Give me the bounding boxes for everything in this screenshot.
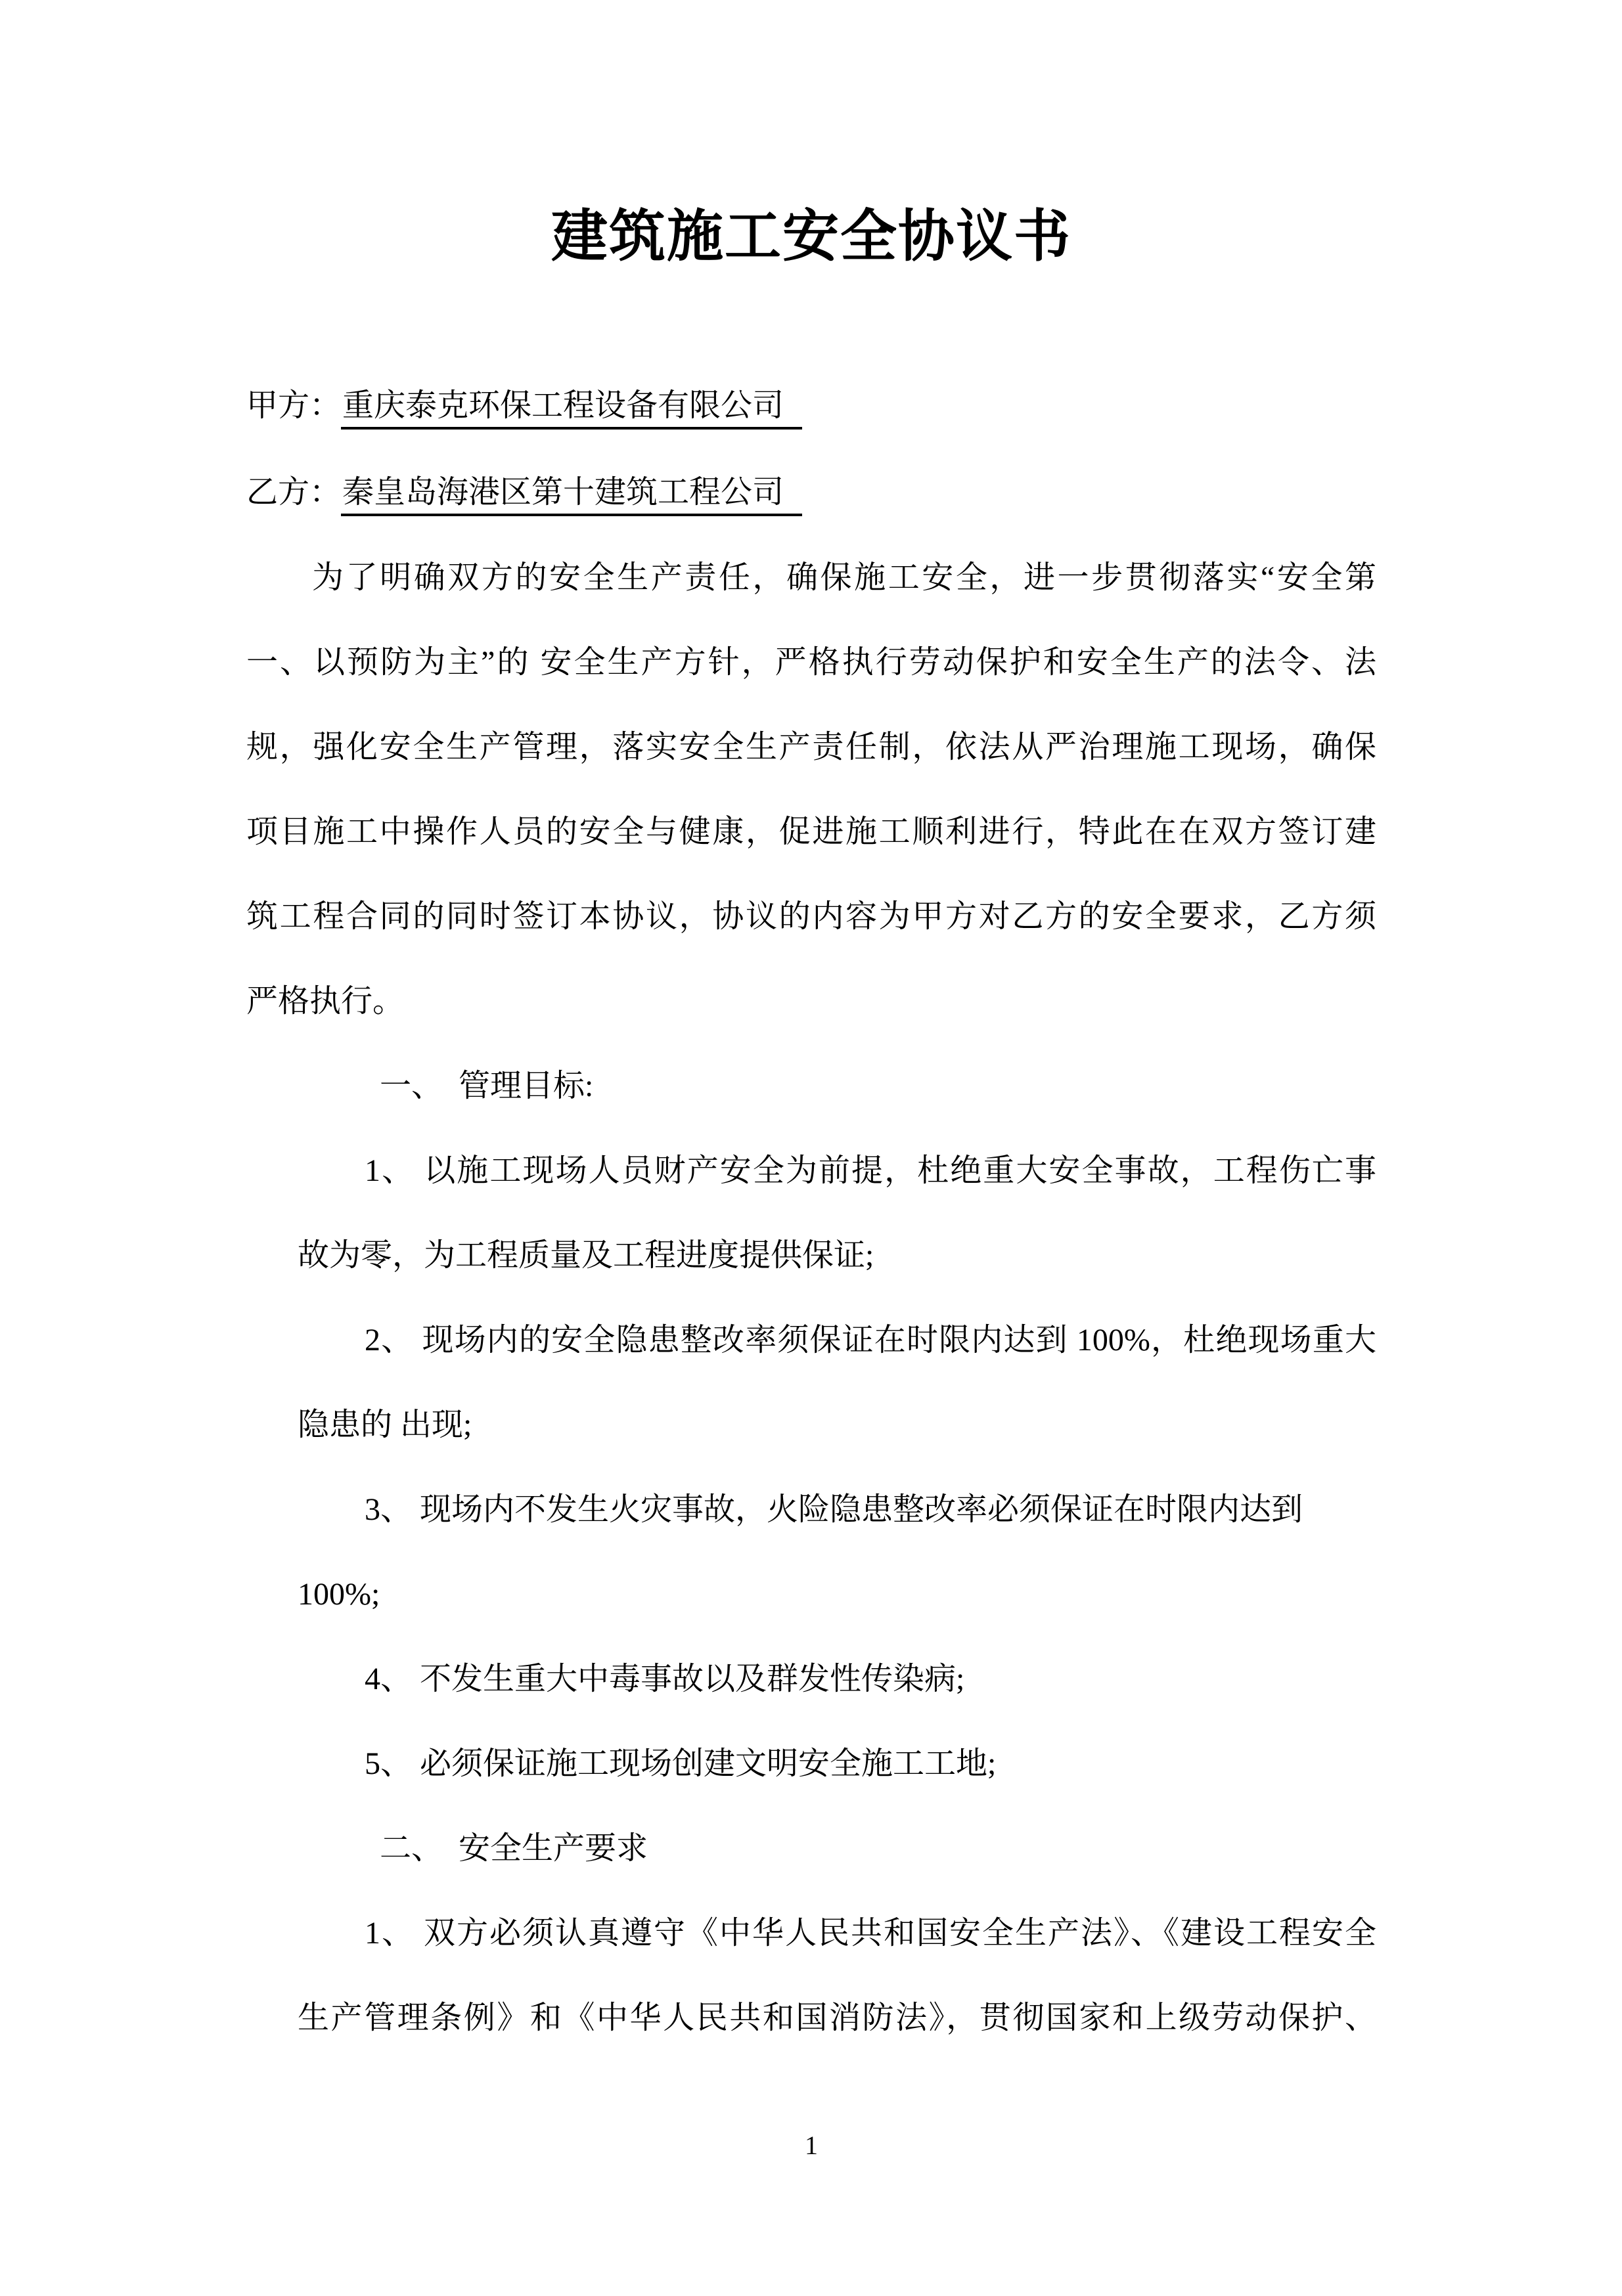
party-a-label: 甲方： [246,388,341,423]
party-b-name: 秦皇岛海港区第十建筑工程公司 [341,475,802,516]
section-1-item-3-line-2: 100%; [246,1552,1376,1637]
section-1-heading: 一、 管理目标: [246,1044,1376,1128]
section-1-item-5: 5、 必须保证施工现场创建文明安全施工工地; [246,1721,1376,1806]
section-1-item-3-line-1: 3、 现场内不发生火灾事故，火险隐患整改率必须保证在时限内达到 [246,1467,1376,1552]
contract-document-page: 建筑施工安全协议书 甲方：重庆泰克环保工程设备有限公司 乙方：秦皇岛海港区第十建… [0,0,1622,2296]
document-title: 建筑施工安全协议书 [246,197,1376,276]
section-1-item-1-line-2: 故为零，为工程质量及工程进度提供保证; [246,1213,1376,1298]
party-a-line: 甲方：重庆泰克环保工程设备有限公司 [246,384,1376,428]
party-b-line: 乙方：秦皇岛海港区第十建筑工程公司 [246,471,1376,514]
intro-line-6: 严格执行。 [246,959,1376,1044]
section-1-item-2-line-2: 隐患的 出现; [246,1382,1376,1467]
intro-line-3: 规，强化安全生产管理，落实安全生产责任制，依法从严治理施工现场，确保 [246,705,1376,789]
section-1-item-1-line-1: 1、 以施工现场人员财产安全为前提，杜绝重大安全事故，工程伤亡事 [246,1128,1376,1213]
section-2-item-1-line-1: 1、 双方必须认真遵守《中华人民共和国安全生产法》、《建设工程安全 [246,1891,1376,1976]
section-1-item-4: 4、 不发生重大中毒事故以及群发性传染病; [246,1637,1376,1721]
section-2-heading: 二、 安全生产要求 [246,1806,1376,1891]
intro-line-1: 为了明确双方的安全生产责任，确保施工安全，进一步贯彻落实“安全第 [246,535,1376,620]
party-b-label: 乙方： [246,475,341,510]
section-2-item-1-line-2: 生产管理条例》和《中华人民共和国消防法》，贯彻国家和上级劳动保护、 [246,1976,1376,2060]
intro-line-5: 筑工程合同的同时签订本协议，协议的内容为甲方对乙方的安全要求，乙方须 [246,874,1376,959]
section-1-item-2-line-1: 2、 现场内的安全隐患整改率须保证在时限内达到 100%，杜绝现场重大 [246,1298,1376,1382]
page-number: 1 [246,2126,1376,2165]
intro-line-4: 项目施工中操作人员的安全与健康，促进施工顺利进行，特此在在双方签订建 [246,789,1376,874]
party-a-name: 重庆泰克环保工程设备有限公司 [341,388,802,430]
intro-line-2: 一、以预防为主”的 安全生产方针，严格执行劳动保护和安全生产的法令、法 [246,620,1376,705]
